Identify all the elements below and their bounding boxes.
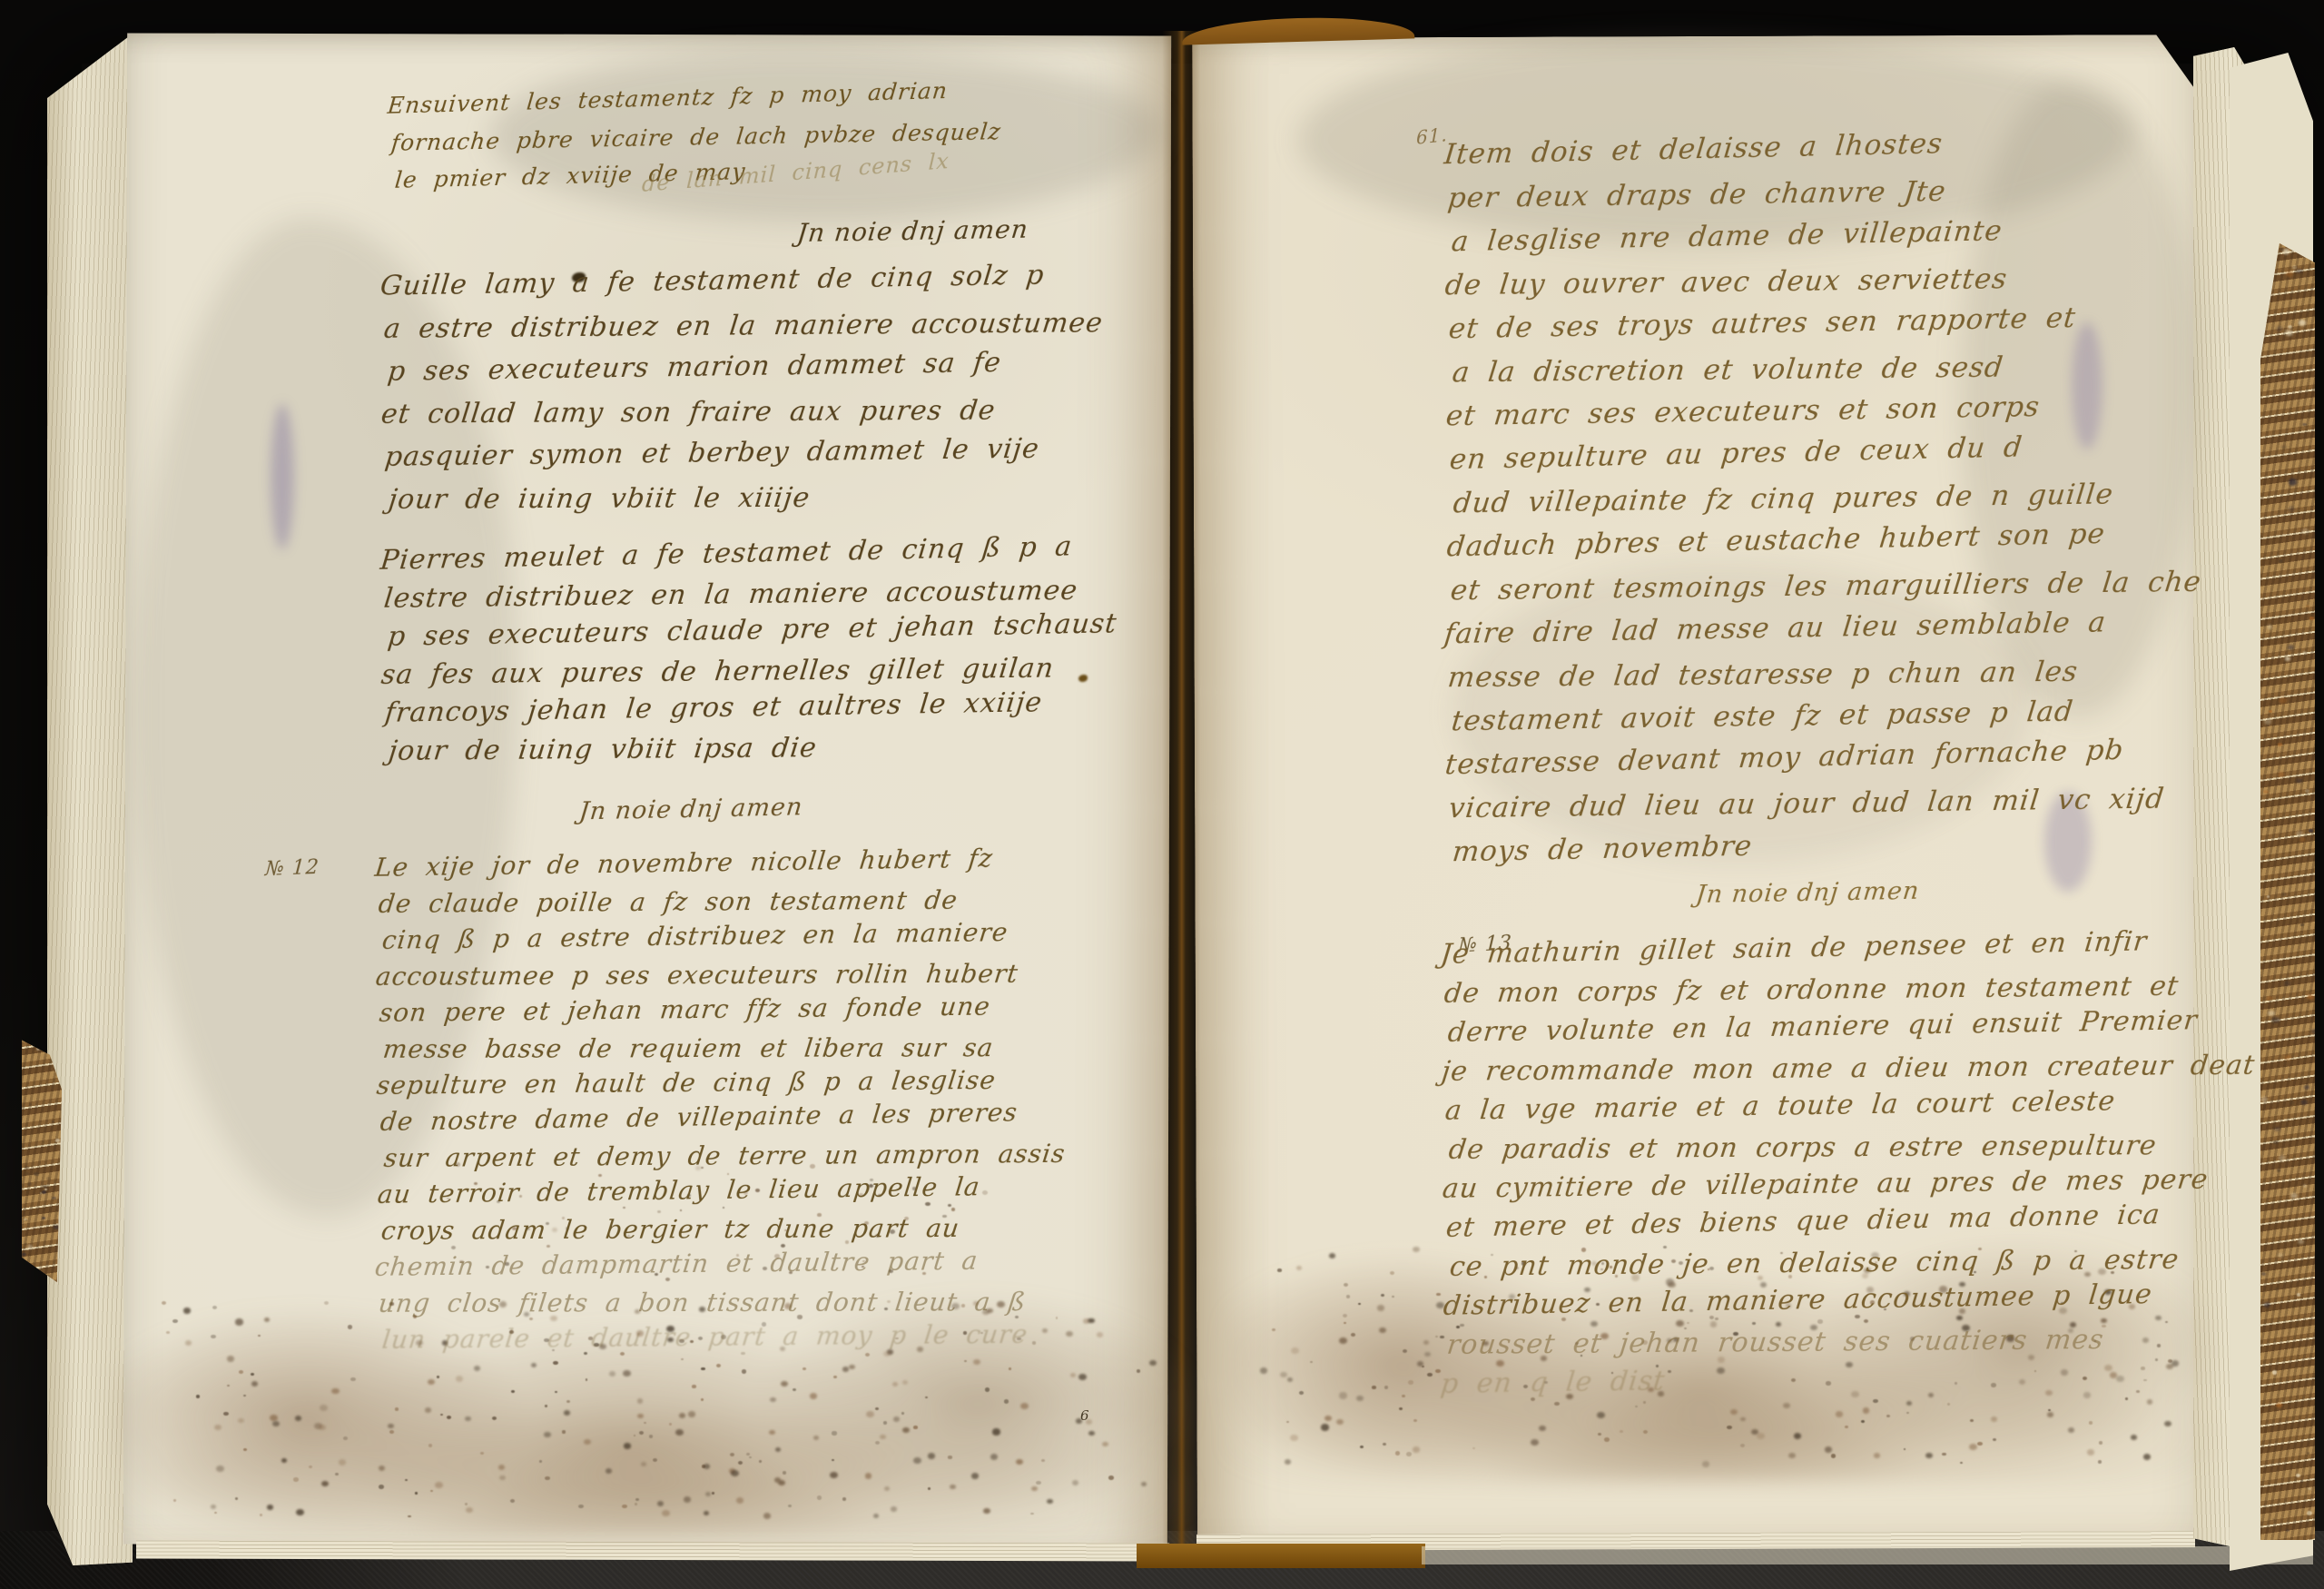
speckle-dot <box>1339 1337 1347 1344</box>
speckle-dot <box>2279 559 2283 563</box>
speckle-dot <box>639 1431 644 1435</box>
speckle-dot <box>2272 1370 2277 1374</box>
speckle-dot <box>2263 1302 2270 1308</box>
speckle-dot <box>425 1407 431 1413</box>
speckle-dot <box>52 1197 55 1199</box>
speckle-dot <box>736 1497 743 1504</box>
speckle-dot <box>243 1395 246 1397</box>
speckle-dot <box>624 1443 631 1448</box>
speckle-dot <box>675 1429 684 1436</box>
speckle-dot <box>2268 1011 2275 1016</box>
speckle-dot <box>1794 1433 1801 1439</box>
speckle-dot <box>2068 1427 2074 1433</box>
speckle-dot <box>1399 1407 1403 1410</box>
speckle-dot <box>1942 1453 1945 1456</box>
speckle-dot <box>440 1414 443 1416</box>
speckle-dot <box>1149 1360 1156 1366</box>
speckle-dot <box>1339 1392 1347 1398</box>
speckle-dot <box>759 1460 763 1463</box>
speckle-dot <box>1137 1369 1141 1373</box>
speckle-dot <box>2279 697 2287 704</box>
speckle-dot <box>389 1430 394 1434</box>
speckle-dot <box>465 1503 468 1505</box>
speckle-dot <box>211 1505 217 1509</box>
speckle-dot <box>1395 1451 1400 1455</box>
speckle-dot <box>2300 923 2304 926</box>
speckle-dot <box>1702 1461 1709 1466</box>
speckle-dot <box>1384 1386 1388 1389</box>
speckle-dot <box>1861 1420 1865 1423</box>
speckle-dot <box>42 1190 46 1194</box>
speckle-dot <box>2261 1272 2266 1276</box>
speckle-dot <box>339 1459 346 1466</box>
speckle-dot <box>258 1335 261 1337</box>
speckle-dot <box>343 1436 348 1440</box>
speckle-dot <box>1372 1386 1375 1389</box>
speckle-dot <box>2277 1169 2280 1172</box>
speckle-dot <box>770 1397 775 1402</box>
speckle-dot <box>1408 1380 1413 1385</box>
speckle-dot <box>270 1415 278 1421</box>
speckle-dot <box>498 1465 505 1470</box>
speckle-dot <box>1423 1340 1430 1345</box>
speckle-dot <box>428 1444 432 1446</box>
speckle-dot <box>1472 1447 1475 1449</box>
speckle-dot <box>320 1405 328 1411</box>
speckle-dot <box>635 1503 637 1505</box>
speckle-dot <box>511 1390 515 1393</box>
speckle-dot <box>34 1172 39 1177</box>
speckle-dot <box>555 1391 557 1393</box>
speckle-dot <box>2296 778 2303 784</box>
speckle-dot <box>52 1120 54 1122</box>
handwriting-line: chemin de dampmartin et daultre part a <box>373 1242 1059 1286</box>
speckle-dot <box>2278 772 2285 778</box>
speckle-dot <box>2281 893 2287 897</box>
speckle-dot <box>214 1512 217 1514</box>
speckle-dot <box>2290 1100 2295 1105</box>
speckle-dot <box>2087 1449 2094 1455</box>
speckle-dot <box>1874 1453 1880 1458</box>
speckle-dot <box>321 1481 329 1486</box>
speckle-dot <box>172 1319 177 1323</box>
margin-note-no12: № 12 <box>264 856 320 881</box>
speckle-dot <box>992 1428 1000 1435</box>
speckle-dot <box>849 1365 854 1369</box>
speckle-dot <box>1604 1437 1610 1442</box>
speckle-dot <box>950 1485 955 1489</box>
speckle-dot <box>2275 1288 2279 1290</box>
speckle-dot <box>1539 1426 1546 1431</box>
speckle-dot <box>2302 651 2307 655</box>
handwriting-line: pasquier symon et berbey dammet le vije <box>382 427 1106 479</box>
speckle-dot <box>1344 1283 1348 1287</box>
speckle-dot <box>692 1385 695 1388</box>
speckle-dot <box>1296 1266 1302 1270</box>
speckle-dot <box>738 1461 743 1465</box>
left-invocation-1: Jn noie dnj amen <box>795 214 1029 249</box>
speckle-dot <box>1740 1444 1745 1447</box>
speckle-dot <box>499 1475 506 1480</box>
speckle-dot <box>243 1448 247 1452</box>
speckle-dot <box>1635 1406 1638 1407</box>
speckle-dot <box>379 1485 384 1489</box>
speckle-dot <box>2299 837 2306 842</box>
speckle-dot <box>2286 1529 2290 1532</box>
speckle-dot <box>435 1482 443 1488</box>
speckle-dot <box>902 1380 908 1385</box>
speckle-dot <box>2302 423 2307 427</box>
speckle-dot <box>883 1421 888 1425</box>
speckle-dot <box>2276 1403 2282 1407</box>
speckle-dot <box>1825 1446 1833 1453</box>
speckle-dot <box>238 1418 243 1423</box>
speckle-dot <box>2297 1293 2301 1297</box>
speckle-dot <box>183 1308 191 1314</box>
speckle-dot <box>1730 1409 1738 1415</box>
speckle-dot <box>1088 1431 1094 1436</box>
speckle-dot <box>2306 605 2309 607</box>
speckle-dot <box>235 1318 243 1325</box>
speckle-dot <box>1379 1327 1386 1333</box>
handwriting-line: au terroir de tremblay le lieu appelle l… <box>376 1168 1061 1213</box>
speckle-dot <box>1402 1395 1405 1397</box>
speckle-dot <box>928 1453 935 1459</box>
speckle-dot <box>704 1464 710 1469</box>
speckle-dot <box>405 1479 408 1481</box>
speckle-dot <box>539 1460 542 1463</box>
speckle-dot <box>1598 1433 1601 1436</box>
speckle-dot <box>662 1510 670 1516</box>
speckle-dot <box>657 1501 665 1506</box>
speckle-dot <box>769 1430 775 1435</box>
speckle-dot <box>832 1431 836 1435</box>
speckle-dot <box>1277 1268 1282 1272</box>
speckle-dot <box>1392 1296 1394 1298</box>
speckle-dot <box>810 1393 818 1399</box>
speckle-dot <box>2289 479 2297 485</box>
speckle-dot <box>216 1466 224 1472</box>
left-will-entry-2: Pierres meulet a fe testamet de cinq ß p… <box>385 542 1114 771</box>
speckle-dot <box>1390 1271 1395 1276</box>
speckle-dot <box>2309 617 2314 620</box>
speckle-dot <box>1406 1452 1412 1456</box>
speckle-dot <box>679 1413 685 1418</box>
page-bottom-edges-left <box>136 1541 1169 1562</box>
speckle-dot <box>2267 895 2270 898</box>
speckle-dot <box>2143 1454 2151 1460</box>
left-invocation-2: Jn noie dnj amen <box>577 793 803 825</box>
speckle-dot <box>637 1398 644 1404</box>
speckle-dot <box>742 1369 747 1374</box>
speckle-dot <box>46 1177 51 1180</box>
speckle-dot <box>2273 1140 2277 1144</box>
speckle-dot <box>55 1139 60 1142</box>
speckle-dot <box>2047 1412 2053 1417</box>
speckle-dot <box>251 1373 255 1377</box>
speckle-dot <box>544 1432 550 1437</box>
speckle-dot <box>2276 326 2283 331</box>
speckle-dot <box>1960 1462 1963 1464</box>
speckle-dot <box>842 1497 846 1500</box>
speckle-dot <box>566 1400 570 1403</box>
handwriting-line: jour de iuing vbiit ipsa die <box>387 727 1120 771</box>
speckle-dot <box>295 1416 301 1421</box>
speckle-dot <box>586 1378 588 1380</box>
speckle-dot <box>564 1410 570 1416</box>
speckle-dot <box>1727 1426 1732 1430</box>
speckle-dot <box>783 1471 787 1475</box>
speckle-dot <box>578 1505 584 1509</box>
speckle-dot <box>644 1422 646 1425</box>
speckle-dot <box>653 1458 657 1462</box>
speckle-dot <box>166 1331 170 1334</box>
speckle-dot <box>1072 1480 1079 1485</box>
speckle-dot <box>635 1498 639 1501</box>
speckle-dot <box>2300 1100 2308 1105</box>
speckle-dot <box>688 1411 695 1417</box>
speckle-dot <box>875 1407 879 1410</box>
speckle-dot <box>1344 1322 1345 1324</box>
speckle-dot <box>803 1367 806 1370</box>
speckle-dot <box>25 1219 28 1221</box>
speckle-dot <box>309 1466 312 1468</box>
speckle-dot <box>1287 1377 1293 1382</box>
speckle-dot <box>669 1423 672 1426</box>
speckle-dot <box>1358 1303 1362 1306</box>
speckle-dot <box>319 1425 325 1430</box>
speckle-dot <box>913 1426 918 1429</box>
speckle-dot <box>793 1388 796 1391</box>
speckle-dot <box>1597 1412 1605 1418</box>
speckle-dot <box>2089 1421 2093 1425</box>
speckle-dot <box>1531 1439 1539 1446</box>
speckle-dot <box>2164 1421 2171 1426</box>
speckle-dot <box>2283 249 2290 253</box>
speckle-dot <box>545 1405 548 1407</box>
speckle-dot <box>2299 320 2306 326</box>
speckle-dot <box>42 1217 45 1219</box>
speckle-dot <box>251 1381 258 1387</box>
speckle-dot <box>2304 1085 2309 1090</box>
speckle-dot <box>830 1472 838 1478</box>
left-will-entry-1: Guille lamy a fe testament de cinq solz … <box>385 265 1104 521</box>
speckle-dot <box>1324 1416 1333 1422</box>
speckle-dot <box>2272 1518 2276 1521</box>
speckle-dot <box>1427 1373 1432 1377</box>
speckle-dot <box>892 1382 898 1387</box>
speckle-dot <box>1440 1336 1444 1339</box>
speckle-dot <box>2284 981 2290 986</box>
marbled-board-right <box>2260 243 2315 1540</box>
speckle-dot <box>1291 1347 1299 1354</box>
speckle-dot <box>1970 1419 1974 1422</box>
speckle-dot <box>1280 1372 1287 1378</box>
speckle-dot <box>637 1414 643 1418</box>
speckle-dot <box>379 1466 386 1471</box>
speckle-dot <box>1403 1349 1407 1353</box>
speckle-dot <box>1435 1336 1438 1337</box>
speckle-dot <box>704 1511 709 1515</box>
speckle-dot <box>2264 718 2271 724</box>
speckle-dot <box>510 1499 515 1503</box>
speckle-dot <box>1413 1247 1420 1252</box>
speckle-dot <box>873 1514 879 1518</box>
speckle-dot <box>1031 1486 1038 1492</box>
speckle-dot <box>2290 1193 2297 1199</box>
speckle-dot <box>2298 1239 2304 1244</box>
speckle-dot <box>1041 1459 1045 1463</box>
speckle-dot <box>928 1487 931 1490</box>
speckle-dot <box>212 1306 217 1309</box>
speckle-dot <box>2288 325 2292 329</box>
speckle-dot <box>2098 1460 2102 1463</box>
speckle-dot <box>264 1318 270 1322</box>
speckle-dot <box>214 1425 222 1430</box>
speckle-dot <box>465 1416 471 1422</box>
left-header-faint-line: de lan mil cinq cens lx <box>646 169 955 200</box>
speckle-dot <box>480 1452 484 1455</box>
handwriting-line: cinq ß p a estre distribuez en la manier… <box>380 913 1066 959</box>
speckle-dot <box>2302 528 2309 534</box>
speckle-dot <box>185 1340 192 1346</box>
speckle-dot <box>1383 1443 1386 1446</box>
speckle-dot <box>350 1377 356 1381</box>
speckle-dot <box>813 1436 819 1440</box>
speckle-dot <box>1351 1333 1355 1337</box>
speckle-dot <box>775 1447 781 1452</box>
speckle-dot <box>1886 1415 1890 1417</box>
speckle-dot <box>1845 1426 1848 1428</box>
speckle-dot <box>705 1492 711 1496</box>
handwriting-line: jour de iuing vbiit le xiiije <box>386 476 1110 521</box>
speckle-dot <box>22 1253 26 1257</box>
speckle-dot <box>1272 1328 1275 1331</box>
bottom-pale-strip <box>1422 1546 2313 1564</box>
speckle-dot <box>1620 1430 1623 1433</box>
speckle-dot <box>324 1301 330 1306</box>
speckle-dot <box>866 1411 874 1417</box>
speckle-dot <box>817 1495 822 1499</box>
speckle-dot <box>2131 1435 2137 1440</box>
speckle-dot <box>173 1499 176 1502</box>
speckle-dot <box>1066 1331 1072 1337</box>
speckle-dot <box>1377 1305 1384 1311</box>
speckle-dot <box>27 1182 32 1186</box>
folio-mark: 6 <box>1080 1407 1090 1424</box>
speckle-dot <box>1863 1407 1870 1413</box>
speckle-dot <box>466 1507 473 1513</box>
speckle-dot <box>1102 1442 1108 1447</box>
speckle-dot <box>990 1454 999 1460</box>
speckle-dot <box>430 1490 434 1493</box>
speckle-dot <box>1906 1412 1909 1414</box>
speckle-dot <box>1977 1442 1982 1446</box>
speckle-dot <box>1299 1391 1304 1395</box>
speckle-dot <box>684 1496 691 1503</box>
speckle-dot <box>1424 1352 1431 1357</box>
speckle-dot <box>2269 710 2272 713</box>
speckle-dot <box>1991 1416 1998 1422</box>
speckle-dot <box>2305 789 2309 793</box>
speckle-dot <box>606 1468 612 1474</box>
speckle-dot <box>428 1379 435 1385</box>
speckle-dot <box>27 1245 33 1249</box>
speckle-dot <box>1831 1454 1837 1458</box>
speckle-dot <box>2278 743 2281 745</box>
speckle-dot <box>2296 269 2302 273</box>
handwriting-line: son pere et jehan marc ffz sa fonde une <box>378 988 1063 1031</box>
speckle-dot <box>267 1505 273 1509</box>
marbled-edge-left <box>22 1035 62 1282</box>
speckle-dot <box>1009 1367 1011 1370</box>
speckle-dot <box>1836 1411 1843 1416</box>
speckle-dot <box>2286 271 2293 277</box>
speckle-dot <box>1020 1403 1029 1409</box>
speckle-dot <box>272 1421 279 1426</box>
speckle-dot <box>1346 1295 1350 1298</box>
speckle-dot <box>553 1361 558 1366</box>
speckle-dot <box>25 1172 29 1175</box>
speckle-dot <box>1360 1446 1364 1448</box>
speckle-dot <box>227 1385 230 1387</box>
speckle-dot <box>2300 1480 2303 1483</box>
speckle-dot <box>1036 1481 1041 1485</box>
photo-scene: Ensuivent les testamentz fz p moy adrian… <box>0 0 2324 1589</box>
speckle-dot <box>1435 1369 1441 1374</box>
speckle-dot <box>1310 1361 1313 1363</box>
speckle-dot <box>37 1267 41 1269</box>
speckle-dot <box>2284 1055 2291 1061</box>
speckle-dot <box>1436 1293 1441 1297</box>
bottom-board-edge <box>1137 1544 1425 1568</box>
speckle-dot <box>1078 1374 1087 1380</box>
speckle-dot <box>1413 1419 1417 1422</box>
speckle-dot <box>833 1376 837 1378</box>
speckle-dot <box>227 1356 235 1362</box>
speckle-dot <box>348 1325 353 1329</box>
speckle-dot <box>971 1473 979 1479</box>
speckle-dot <box>260 1514 262 1515</box>
speckle-dot <box>2292 265 2297 269</box>
speckle-dot <box>2309 829 2312 833</box>
speckle-dot <box>36 1047 41 1051</box>
speckle-dot <box>781 1381 788 1387</box>
speckle-dot <box>641 1462 647 1466</box>
speckle-dot <box>2296 831 2304 837</box>
speckle-dot <box>2267 625 2272 629</box>
speckle-dot <box>1083 1318 1089 1324</box>
handwriting-line: lun parele et daultre part a moy p le cu… <box>380 1316 1066 1358</box>
speckle-dot <box>1904 1448 1906 1450</box>
speckle-dot <box>964 1360 967 1362</box>
speckle-dot <box>832 1459 835 1462</box>
speckle-dot <box>1141 1482 1147 1486</box>
speckle-dot <box>415 1492 418 1494</box>
speckle-dot <box>2099 1441 2103 1445</box>
speckle-dot <box>701 1398 704 1401</box>
speckle-dot <box>901 1412 904 1414</box>
speckle-dot <box>1047 1499 1052 1504</box>
speckle-dot <box>2263 790 2268 794</box>
speckle-dot <box>1757 1433 1765 1439</box>
speckle-dot <box>437 1376 440 1378</box>
speckle-dot <box>2288 506 2295 512</box>
speckle-dot <box>1097 1332 1104 1337</box>
speckle-dot <box>701 1367 704 1370</box>
speckle-dot <box>456 1376 463 1382</box>
speckle-dot <box>1321 1424 1329 1430</box>
